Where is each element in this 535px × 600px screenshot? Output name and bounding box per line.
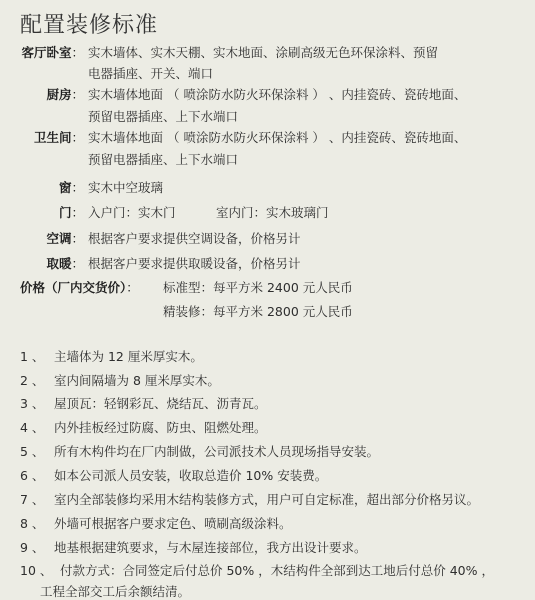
list-item: 1 、主墙体为 12 厘米厚实木。 (20, 349, 203, 365)
config-label: 空调 (46, 231, 71, 246)
config-label: 取暖 (46, 256, 71, 271)
config-label: 卫生间 (34, 130, 72, 145)
config-value: 根据客户要求提供取暖设备，价格另计 (88, 256, 301, 272)
page-title: 配置装修标准 (20, 8, 158, 39)
config-value: 预留电器插座、上下水端口 (88, 109, 238, 125)
config-label: 门 (59, 205, 72, 220)
list-item: 7 、室内全部装修均采用木结构装修方式，用户可自定标准，超出部分价格另议。 (20, 492, 479, 508)
config-value: 根据客户要求提供空调设备，价格另计 (88, 231, 301, 247)
config-value: 预留电器插座、上下水端口 (88, 152, 238, 168)
list-item: 4 、内外挂板经过防腐、防虫、阻燃处理。 (20, 420, 267, 436)
list-item: 9 、地基根据建筑要求，与木屋连接部位，我方出设计要求。 (20, 540, 367, 556)
price-standard: 标准型：每平方米 2400 元人民币 (163, 280, 353, 296)
list-item: 8 、外墙可根据客户要求定色、喷刷高级涂料。 (20, 516, 292, 532)
price-deluxe: 精装修：每平方米 2800 元人民币 (163, 304, 353, 320)
list-item: 3 、屋顶瓦：轻钢彩瓦、烧结瓦、沥青瓦。 (20, 396, 267, 412)
config-label: 窗 (59, 180, 72, 195)
list-item: 2 、室内间隔墙为 8 厘米厚实木。 (20, 373, 220, 389)
config-label: 厨房 (46, 87, 71, 102)
config-value: 实木墙体地面 （ 喷涂防水防火环保涂料 ） 、内挂瓷砖、瓷砖地面、 (88, 87, 466, 103)
list-item: 10 、付款方式：合同签定后付总价 50% ，木结构件全部到达工地后付总价 40… (20, 563, 494, 579)
config-value: 实木墙体地面 （ 喷涂防水防火环保涂料 ） 、内挂瓷砖、瓷砖地面、 (88, 130, 466, 146)
price-label: 价格（厂内交货价） (20, 280, 126, 295)
config-value: 电器插座、开关、端口 (88, 66, 213, 82)
config-label: 客厅卧室 (21, 45, 71, 60)
config-value-interior-door: 室内门：实木玻璃门 (216, 205, 329, 221)
list-item: 6 、如本公司派人员安装，收取总造价 10% 安装费。 (20, 468, 327, 484)
list-item-continuation: 工程全部交工后余额结清。 (40, 584, 190, 600)
config-value: 实木墙体、实木天棚、实木地面、涂刷高级无色环保涂料、预留 (88, 45, 438, 61)
list-item: 5 、所有木构件均在厂内制做，公司派技术人员现场指导安装。 (20, 444, 379, 460)
config-value-entry-door: 入户门：实木门 (88, 205, 176, 221)
config-value: 实木中空玻璃 (88, 180, 163, 196)
